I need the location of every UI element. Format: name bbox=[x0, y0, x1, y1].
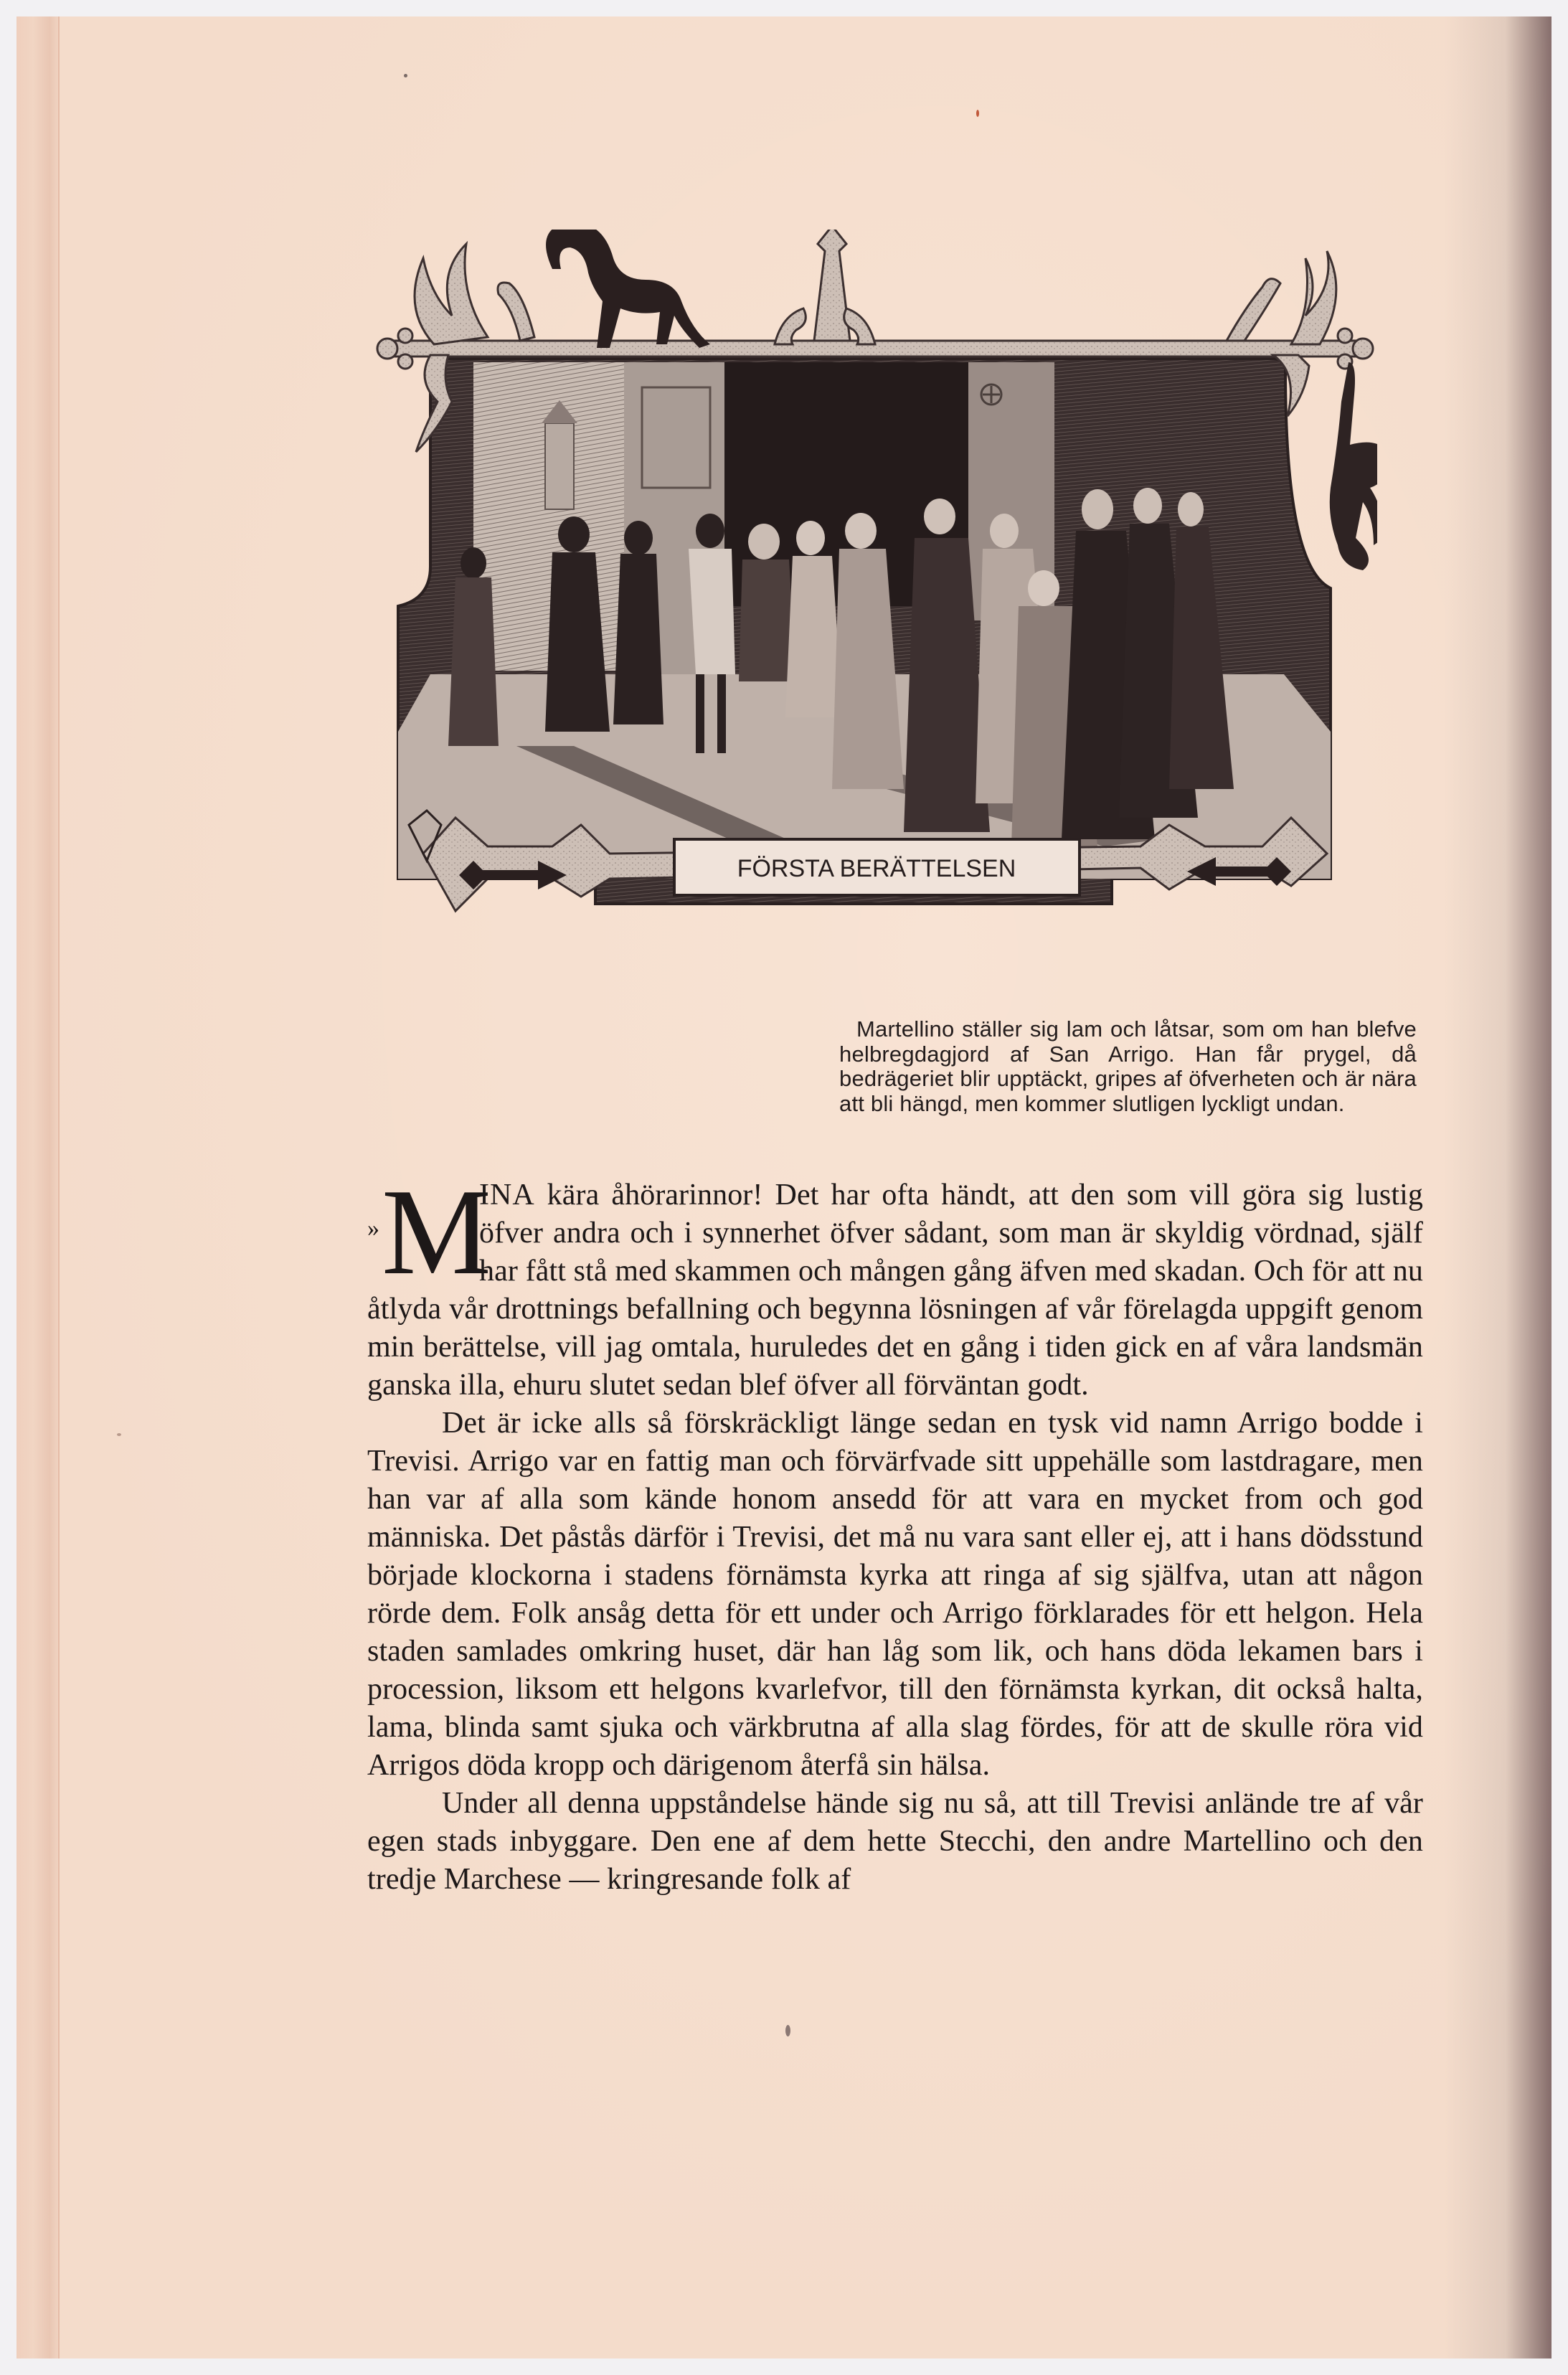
monkey-walking-icon bbox=[546, 230, 710, 348]
paper-speck bbox=[404, 74, 407, 77]
caption-banner-text: FÖRSTA BERÄTTELSEN bbox=[737, 855, 1016, 882]
paper-speck bbox=[976, 110, 979, 117]
drop-cap-block: » M bbox=[367, 1181, 475, 1288]
paragraph-1-text: kära åhörarinnor! Det har ofta händt, at… bbox=[367, 1179, 1423, 1402]
body-text: » M INA kära åhörarinnor! Det har ofta h… bbox=[367, 1176, 1423, 1899]
engraving-scene: FÖRSTA BERÄTTELSEN bbox=[373, 230, 1377, 947]
page-stack-edge bbox=[16, 16, 60, 2359]
paragraph-1: » M INA kära åhörarinnor! Det har ofta h… bbox=[367, 1176, 1423, 1404]
drop-cap-letter: M bbox=[382, 1171, 491, 1294]
argument-text: Martellino ställer sig lam och låtsar, s… bbox=[839, 1017, 1417, 1116]
paper-speck bbox=[785, 2025, 790, 2036]
chapter-illustration: FÖRSTA BERÄTTELSEN bbox=[373, 230, 1377, 947]
chapter-argument: Martellino ställer sig lam och låtsar, s… bbox=[839, 1017, 1417, 1141]
opening-quote: » bbox=[367, 1217, 379, 1241]
monkey-hanging-icon bbox=[1330, 362, 1377, 570]
paragraph-3: Under all denna uppståndelse hände sig n… bbox=[367, 1785, 1423, 1899]
paragraph-2: Det är icke alls så förskräckligt länge … bbox=[367, 1404, 1423, 1785]
paper-speck bbox=[117, 1433, 121, 1436]
